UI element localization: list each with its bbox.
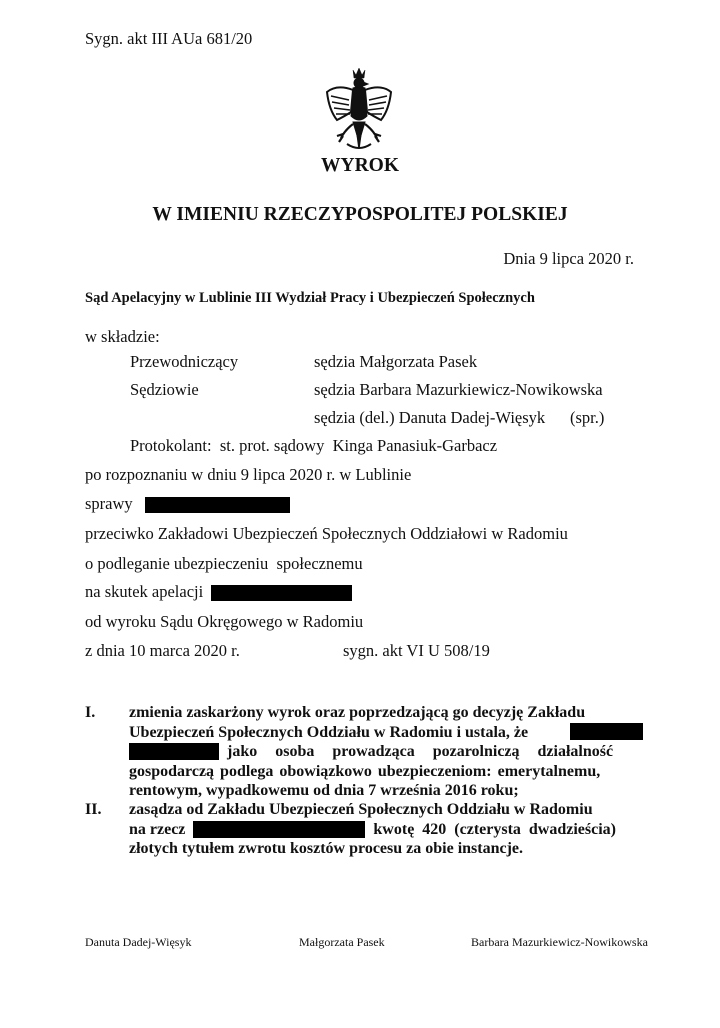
- matter-label: sprawy: [85, 494, 133, 513]
- redacted-appellant-name: [211, 585, 352, 601]
- appeal-label: na skutek apelacji: [85, 582, 203, 601]
- signature-presiding: Małgorzata Pasek: [299, 935, 385, 950]
- ruling-numeral: II.: [85, 800, 101, 820]
- ruling-text: zmienia zaskarżony wyrok oraz poprzedzaj…: [129, 703, 643, 801]
- ruling-line: złotych tytułem zwrotu kosztów procesu z…: [129, 839, 643, 859]
- redacted-party-name: [129, 743, 219, 760]
- hearing-info: po rozpoznaniu w dniu 9 lipca 2020 r. w …: [85, 465, 411, 485]
- document-subtitle: W IMIENIU RZECZYPOSPOLITEJ POLSKIEJ: [0, 204, 720, 226]
- member-name: sędzia (del.) Danuta Dadej-Więsyk: [314, 408, 545, 428]
- ruling-text: zasądza od Zakładu Ubezpieczeń Społeczny…: [129, 800, 643, 859]
- ruling-line: jako osoba prowadząca pozarolniczą dział…: [129, 742, 643, 762]
- ruling-line-text: jako osoba prowadząca pozarolniczą dział…: [227, 742, 613, 762]
- lower-court-line: od wyroku Sądu Okręgowego w Radomiu: [85, 612, 363, 632]
- court-clerk: Protokolant: st. prot. sądowy Kinga Pana…: [130, 436, 497, 456]
- ruling-line-text: na rzecz: [129, 820, 185, 840]
- member-name: sędzia Małgorzata Pasek: [314, 352, 477, 372]
- redacted-party-name: [570, 723, 643, 740]
- ruling-line: rentowym, wypadkowemu od dnia 7 września…: [129, 781, 643, 801]
- rapporteur-note: (spr.): [570, 408, 604, 428]
- member-role: Przewodniczący: [130, 352, 238, 372]
- ruling-numeral: I.: [85, 703, 95, 723]
- lower-case-number: sygn. akt VI U 508/19: [343, 641, 490, 661]
- ruling-line-text: zmienia zaskarżony wyrok oraz poprzedzaj…: [129, 703, 585, 723]
- ruling-line: gospodarczą podlega obowiązkowo ubezpiec…: [129, 762, 643, 782]
- case-number: Sygn. akt III AUa 681/20: [85, 29, 252, 49]
- redacted-party-name: [193, 821, 365, 838]
- member-name: sędzia Barbara Mazurkiewicz-Nowikowska: [314, 380, 603, 400]
- ruling-line: zasądza od Zakładu Ubezpieczeń Społeczny…: [129, 800, 643, 820]
- court-name: Sąd Apelacyjny w Lublinie III Wydział Pr…: [85, 290, 535, 307]
- subject-line: o podleganie ubezpieczeniu społecznemu: [85, 554, 363, 574]
- defendant-line: przeciwko Zakładowi Ubezpieczeń Społeczn…: [85, 524, 568, 544]
- signature-judge: Barbara Mazurkiewicz-Nowikowska: [471, 935, 648, 950]
- composition-label: w składzie:: [85, 327, 160, 347]
- judgment-date: Dnia 9 lipca 2020 r.: [503, 249, 634, 269]
- document-title: WYROK: [0, 155, 720, 177]
- ruling-line: Ubezpieczeń Społecznych Oddziału w Radom…: [129, 723, 643, 743]
- appeal-line: na skutek apelacji: [85, 582, 352, 602]
- polish-eagle-emblem-icon: [323, 66, 395, 158]
- redacted-party-name: [145, 497, 290, 513]
- matter-line: sprawy: [85, 494, 290, 514]
- ruling-line: na rzecz kwotę 420 (czterysta dwadzieści…: [129, 820, 643, 840]
- lower-judgment-date: z dnia 10 marca 2020 r.: [85, 641, 240, 661]
- signature-rapporteur: Danuta Dadej-Więsyk: [85, 935, 191, 950]
- ruling-line: zmienia zaskarżony wyrok oraz poprzedzaj…: [129, 703, 643, 723]
- member-role: Sędziowie: [130, 380, 199, 400]
- ruling-line-text: Ubezpieczeń Społecznych Oddziału w Radom…: [129, 723, 528, 743]
- ruling-line-text: kwotę 420 (czterysta dwadzieścia): [373, 820, 616, 840]
